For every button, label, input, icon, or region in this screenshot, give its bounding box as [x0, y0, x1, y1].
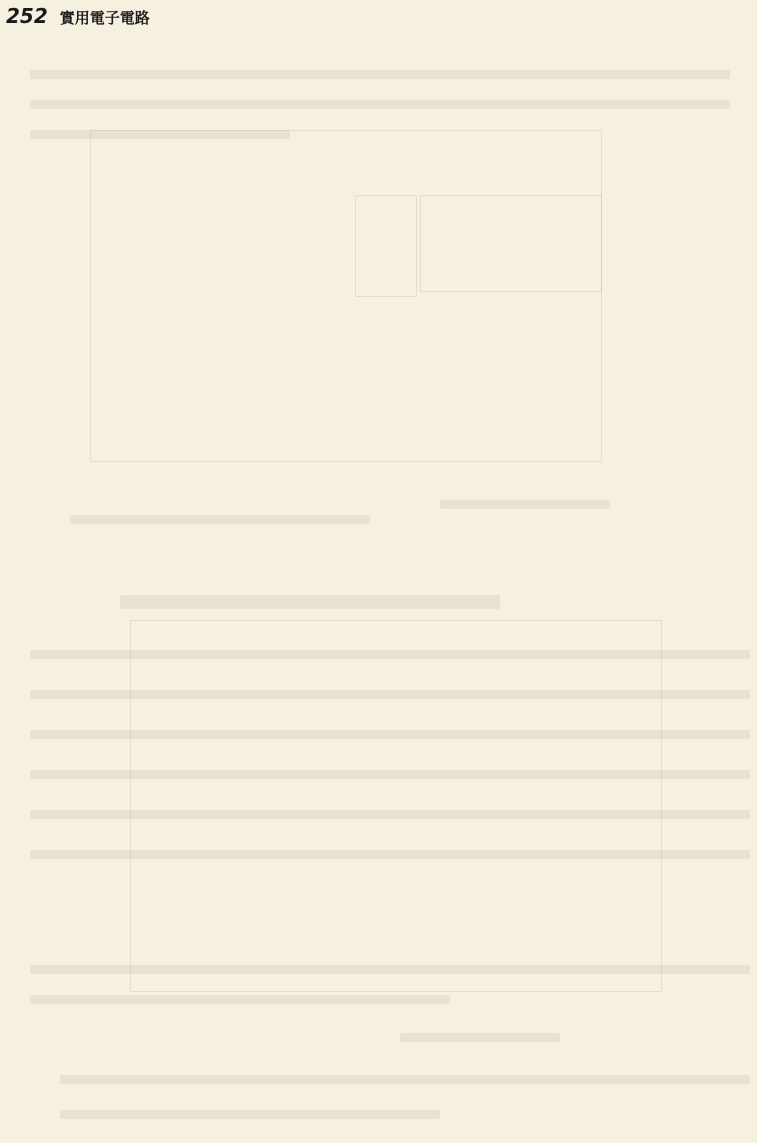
bleed-text-line	[60, 1110, 440, 1119]
bleed-ic-block	[355, 195, 417, 297]
bleed-text-line	[60, 1075, 750, 1084]
bleed-text-line	[30, 995, 450, 1004]
bleed-text-line	[30, 650, 750, 659]
bleed-circuit-diagram	[90, 130, 602, 462]
page-header: 252 實用電子電路	[6, 4, 150, 28]
page-number: 252	[6, 4, 48, 28]
bleed-text-line	[30, 770, 750, 779]
bleed-text-line	[30, 810, 750, 819]
bleed-text-line	[30, 70, 730, 79]
bleed-caption	[440, 500, 610, 509]
bleed-circuit-diagram	[130, 620, 662, 992]
bleed-caption	[400, 1033, 560, 1042]
bleed-text-line	[30, 100, 730, 109]
bleed-text-line	[30, 730, 750, 739]
bleed-heading	[120, 595, 500, 609]
bleed-text-line	[70, 515, 370, 524]
bleed-text-line	[30, 690, 750, 699]
bleed-text-line	[30, 850, 750, 859]
running-title: 實用電子電路	[60, 7, 150, 28]
bleed-ic-block	[420, 195, 602, 292]
bleed-text-line	[30, 965, 750, 974]
